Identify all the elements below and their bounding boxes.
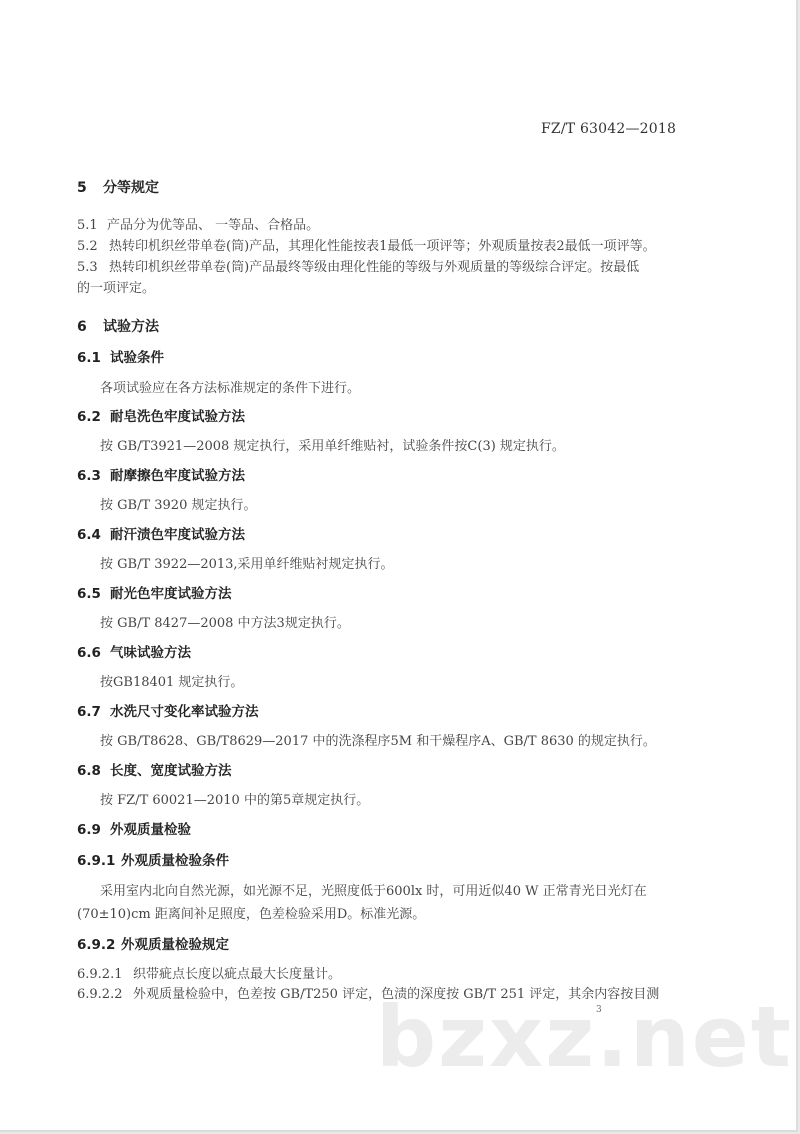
section-6-1-heading: 6.1试验条件 (77, 346, 164, 366)
section-number: 6.4 (77, 527, 110, 543)
clause-5-1: 5.1产品分为优等品、 一等品、合格品。 (77, 214, 319, 233)
section-number: 6.7 (77, 704, 110, 720)
section-number: 6.6 (77, 645, 110, 661)
clause-text: 热转印机织丝带单卷(筒)产品最终等级由理化性能的等级与外观质量的等级综合评定。按… (109, 260, 639, 275)
section-title: 长度、宽度试验方法 (110, 763, 232, 779)
section-6-4-heading: 6.4耐汗渍色牢度试验方法 (77, 523, 245, 543)
section-number: 6.5 (77, 586, 110, 602)
section-number: 6.8 (77, 763, 110, 779)
section-number: 6.3 (77, 468, 110, 484)
section-title: 气味试验方法 (110, 645, 191, 661)
section-6-6-body: 按GB18401 规定执行。 (100, 671, 243, 690)
clause-number: 5.1 (77, 218, 107, 233)
section-6-9-1-body: 采用室内北向自然光源，如光源不足，光照度低于600lx 时，可用近似40 W 正… (100, 880, 647, 899)
section-number: 5 (77, 180, 103, 196)
section-6-8-body: 按 FZ/T 60021—2010 中的第5章规定执行。 (100, 789, 369, 808)
section-6-2-heading: 6.2耐皂洗色牢度试验方法 (77, 405, 245, 425)
section-6-9-2-heading: 6.9.2外观质量检验规定 (77, 933, 229, 953)
section-6-8-heading: 6.8长度、宽度试验方法 (77, 759, 232, 779)
section-6-3-heading: 6.3耐摩擦色牢度试验方法 (77, 464, 245, 484)
section-6-1-body: 各项试验应在各方法标准规定的条件下进行。 (100, 377, 360, 396)
clause-number: 6.9.2.2 (77, 987, 133, 1002)
section-6-7-heading: 6.7水洗尺寸变化率试验方法 (77, 700, 259, 720)
clause-number: 5.2 (77, 239, 109, 254)
clause-text: 产品分为优等品、 一等品、合格品。 (107, 218, 319, 233)
section-title: 外观质量检验规定 (121, 937, 229, 953)
section-title: 外观质量检验条件 (121, 853, 229, 869)
clause-text: 织带疵点长度以疵点最大长度量计。 (133, 967, 341, 982)
section-number: 6.9.2 (77, 937, 121, 953)
section-5-heading: 5分等规定 (77, 177, 159, 197)
section-6-6-heading: 6.6气味试验方法 (77, 641, 191, 661)
section-6-9-1-body-continuation: (70±10)cm 距离间补足照度，色差检验采用D。标准光源。 (77, 903, 425, 922)
section-title: 水洗尺寸变化率试验方法 (110, 704, 259, 720)
clause-number: 6.9.2.1 (77, 967, 133, 982)
clause-number: 5.3 (77, 260, 109, 275)
section-number: 6.9.1 (77, 853, 121, 869)
section-number: 6.2 (77, 409, 110, 425)
clause-6-9-2-2: 6.9.2.2外观质量检验中，色差按 GB/T250 评定，色渍的深度按 GB/… (77, 983, 659, 1002)
section-title: 耐汗渍色牢度试验方法 (110, 527, 245, 543)
section-6-7-body: 按 GB/T8628、GB/T8629—2017 中的洗涤程序5M 和干燥程序A… (100, 730, 656, 749)
section-6-2-body: 按 GB/T3921—2008 规定执行，采用单纤维贴衬，试验条件按C(3) 规… (100, 435, 565, 454)
clause-text: 热转印机织丝带单卷(筒)产品，其理化性能按表1最低一项评等；外观质量按表2最低一… (109, 239, 656, 254)
section-6-4-body: 按 GB/T 3922—2013,采用单纤维贴衬规定执行。 (100, 553, 394, 572)
clause-5-2: 5.2热转印机织丝带单卷(筒)产品，其理化性能按表1最低一项评等；外观质量按表2… (77, 235, 656, 254)
watermark: bzxz.net (376, 988, 793, 1086)
section-6-heading: 6试验方法 (77, 316, 159, 336)
section-6-9-1-heading: 6.9.1外观质量检验条件 (77, 849, 229, 869)
section-number: 6.1 (77, 350, 110, 366)
section-title: 耐皂洗色牢度试验方法 (110, 409, 245, 425)
section-title: 耐摩擦色牢度试验方法 (110, 468, 245, 484)
clause-6-9-2-1: 6.9.2.1织带疵点长度以疵点最大长度量计。 (77, 963, 341, 982)
section-6-5-heading: 6.5耐光色牢度试验方法 (77, 582, 232, 602)
section-6-3-body: 按 GB/T 3920 规定执行。 (100, 494, 256, 513)
page-number: 3 (596, 1005, 602, 1015)
section-number: 6 (77, 319, 103, 335)
clause-5-3: 5.3热转印机织丝带单卷(筒)产品最终等级由理化性能的等级与外观质量的等级综合评… (77, 256, 639, 275)
section-6-9-heading: 6.9外观质量检验 (77, 818, 191, 838)
section-6-5-body: 按 GB/T 8427—2008 中方法3规定执行。 (100, 612, 350, 631)
clause-5-3-continuation: 的一项评定。 (77, 277, 155, 296)
clause-text: 外观质量检验中，色差按 GB/T250 评定，色渍的深度按 GB/T 251 评… (133, 987, 659, 1002)
section-title: 试验条件 (110, 350, 164, 366)
section-title: 外观质量检验 (110, 822, 191, 838)
standard-code: FZ/T 63042—2018 (541, 121, 676, 137)
document-page: FZ/T 63042—2018 5分等规定 5.1产品分为优等品、 一等品、合格… (0, 0, 798, 1132)
section-title: 分等规定 (103, 180, 159, 196)
section-title: 试验方法 (103, 319, 159, 335)
section-number: 6.9 (77, 822, 110, 838)
section-title: 耐光色牢度试验方法 (110, 586, 232, 602)
